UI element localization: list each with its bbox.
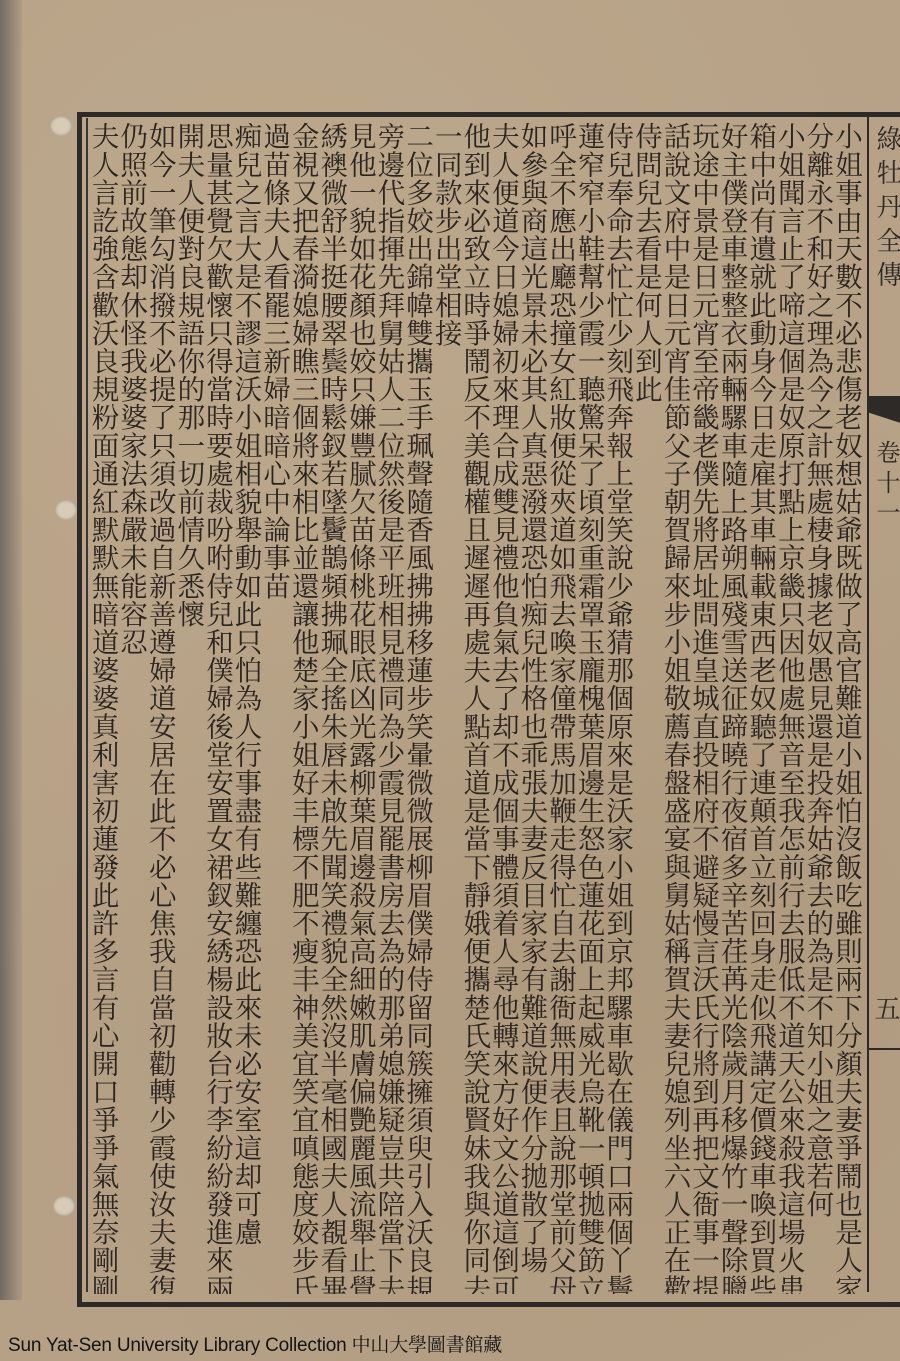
binding-hole [50, 116, 72, 136]
text-column: 話說文府中是日元宵佳節父子朝賀歸來步小姐敬薦春盤盛宴與舅姑稱賀夫妻兒媳列坐六人正… [664, 122, 693, 1294]
vertical-text-body: 小姐事由天數不必悲傷老奴想姑爺既做了高官難道小姐怕沒飯吃雖則兩下分顏夫妻爭鬧也是… [92, 122, 864, 1294]
page-number: 五 [874, 995, 900, 1021]
scanned-book-page: 綠牡丹全傳 卷十一 五 小姐事由天數不必悲傷老奴想姑爺既做了高官難道小姐怕沒飯吃… [0, 0, 900, 1361]
text-column: 夫人言訖強含歡沃良規粉面通紅默默無暗道婆婆真利害初蓮發此許多言有心開口爭爭氣無奈… [92, 122, 121, 1294]
collection-credit: Sun Yat-Sen University Library Collectio… [8, 1330, 502, 1357]
book-title: 綠牡丹全傳 [872, 125, 900, 295]
binding-hole [53, 1196, 75, 1216]
text-column: 見他一貌如花顏也姣只嫌豐腻欠苗條桃花眼底凶光露柳葉眉邊殺氣高細嫩肌膚偏艷麗風流舉… [349, 122, 378, 1294]
text-column: 侍問兒去看是何人到此 [635, 122, 664, 1294]
text-column: 一同款步出堂相接 [435, 122, 464, 1294]
text-column: 旁邊代指揮先拜舅姑人二位然後是平班相見禮同為少霞見罷書房去為的那弟媳嫌疑豈共陪當… [378, 122, 407, 1294]
page-border-inner-line [86, 118, 88, 1292]
text-column: 金視又把春漪媳婦瞧三個將來相比並還讓他楚家小姐好丰標不肥不瘦丰神美宜笑宜嗔態度姣… [292, 122, 321, 1294]
text-column: 二位多姣出錦幃雙攜玉手珮聲隨香風拂拂移蓮步笑暈微微展柳眉僕婦侍留同簇擁須臾引入沃… [407, 122, 436, 1294]
text-column: 蓮窄窄小鞋幫少霞一聽驚呆了頃刻重霜罩玉龐槐葉眉邊生怒色蓮花面上起威光烏靴一頓拋雙… [578, 122, 607, 1294]
margin-divider [869, 1048, 900, 1050]
text-column: 呼全不應出廳恐撞女紅妝便從夾道如飛去喚家僮帶馬加鞭走得忙自去謝衙無用表且說那堂前… [549, 122, 578, 1294]
volume-label: 卷十一 [874, 440, 900, 530]
text-column: 如今一筆勾消撥不必提了只須改過自新善遵婦道安居在此不必心焦我自當初勸轉少霞使汝夫… [149, 122, 178, 1294]
text-column: 小姐事由天數不必悲傷老奴想姑爺既做了高官難道小姐怕沒飯吃雖則兩下分顏夫妻爭鬧也是… [835, 122, 864, 1294]
text-column: 小姐聞言止了啼這個是奴原打點上京畿只因他處無音至我怎前行去服低不道天公來殺我這場… [778, 122, 807, 1294]
text-column: 綉襖微舒半挺腰翠鬓時鬆釵若墜鬢鵲頻拂珮全搖朱唇未啟先聞笑禮貌全然沒半毫相國夫人覩… [321, 122, 350, 1294]
text-column: 他到來必致立時爭鬧反不美觀權且遲遲再處夫人點首道是當下靜娥便攜楚氏笑說賢妹我與你… [464, 122, 493, 1294]
text-column: 好主僕登車整整衣兩輛騾車隨上路朔風殘雪送征蹄曉行夜宿多辛苦荏苒光陰歲月移爆竹一聲… [721, 122, 750, 1294]
text-column: 夫人便道今日媳婦初來理合成雙見禮他負氣去了却不成個事體須着人尋他轉來方好文公道這… [492, 122, 521, 1294]
text-column: 侍兒奉命去忙忙少刻飛奔報上堂笑說少爺猜那個原來是沃家小姐到京邦騾車歇在儀門口兩個… [607, 122, 636, 1294]
binding-edge [0, 0, 22, 1300]
text-column: 痴兒之言大是不謬這沃小姐相貌舉動如此只怕為人行事盡有些難纏恐此來未必安室這却可慮 [235, 122, 264, 1294]
text-column: 思量甚覺欠歡懷只得當時要處裁吩咐侍兒和僕婦後堂安置女裙釵安綉楊設妝台行李紛紛發進… [206, 122, 235, 1294]
text-column: 仍照前故態却休怪我婆婆家法森嚴未能容忍 [121, 122, 150, 1294]
text-column: 如參與商這光景未必其人真惡潑還恐怕痴兒性格也乖張夫妻反目家家有難道說便作分拋散了… [521, 122, 550, 1294]
text-column: 分離永不和好之理為今之計無處棲身據老奴愚見還是投奔姑爺去的為是不知小姐之意若何 [807, 122, 836, 1294]
text-column: 箱中尚有遺就此動身今日走雇其車輛載東西老奴聽了連顛首立刻回身走似飛講定價錢車喚到… [750, 122, 779, 1294]
text-column: 過苗條夫人看罷三新婦暗暗心中論事苗 [264, 122, 293, 1294]
text-column: 開夫人便對良規語你的那一切前情久悉懷 [178, 122, 207, 1294]
text-column: 玩途中景是日元宵至帝畿老僕先將居址問進皇城直投相府不避疑慢言沃氏行將到再把文衙事… [692, 122, 721, 1294]
binding-hole [55, 500, 77, 520]
